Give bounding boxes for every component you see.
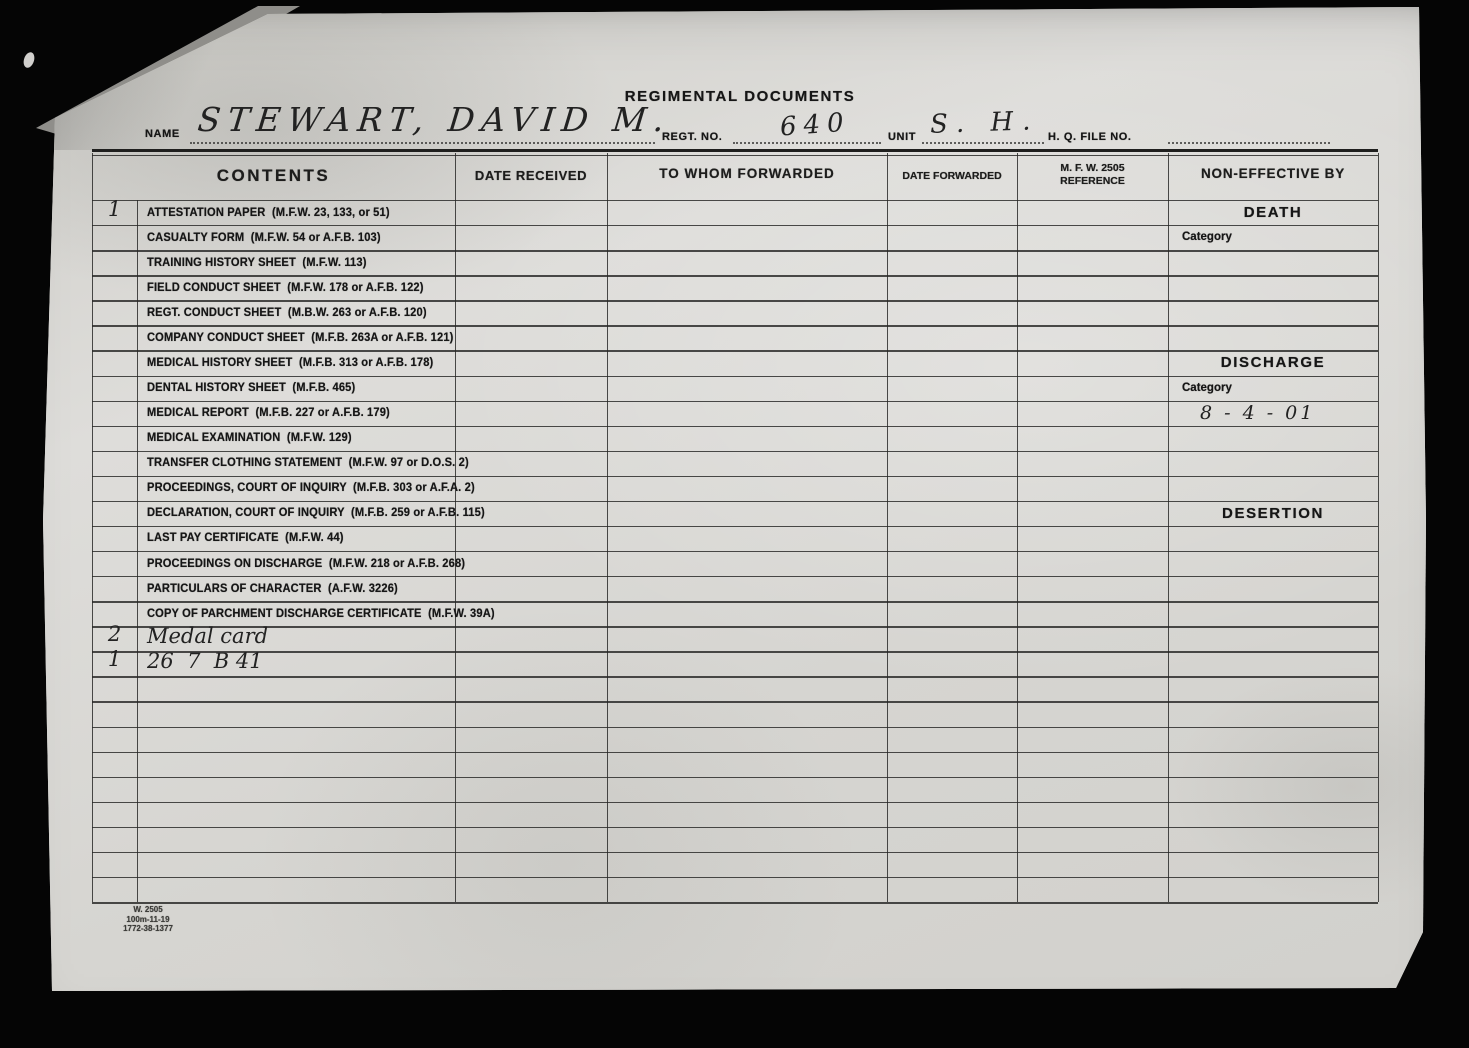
table-row-line (92, 601, 1378, 602)
row-margin-number: 1 (92, 197, 137, 221)
row-entry: MEDICAL EXAMINATION (M.F.W. 129) (147, 431, 352, 444)
non-effective-category-label: Category (1182, 231, 1232, 243)
row-entry: REGT. CONDUCT SHEET (M.B.W. 263 or A.F.B… (147, 306, 427, 319)
row-entry: FIELD CONDUCT SHEET (M.F.W. 178 or A.F.B… (147, 281, 424, 294)
table-row-line (92, 902, 1378, 904)
name-value-handwritten: STEWART, DAVID M. (196, 100, 660, 139)
non-effective-category-label: Category (1182, 382, 1232, 394)
row-entry: PARTICULARS OF CHARACTER (A.F.W. 3226) (147, 582, 398, 595)
form-print-code: W. 2505 100m-11-19 1772-38-1377 (98, 905, 198, 934)
table-row-line (92, 401, 1378, 402)
row-entry: ATTESTATION PAPER (M.F.W. 23, 133, or 51… (147, 206, 390, 219)
column-header-date-received: DATE RECEIVED (455, 168, 607, 183)
row-entry: LAST PAY CERTIFICATE (M.F.W. 44) (147, 531, 344, 544)
row-entry: DENTAL HISTORY SHEET (M.F.B. 465) (147, 381, 355, 394)
non-effective-heading: DISCHARGE (1168, 354, 1378, 371)
column-header-contents: CONTENTS (92, 166, 455, 186)
row-margin-number: 1 (92, 647, 137, 671)
row-entry: PROCEEDINGS ON DISCHARGE (M.F.W. 218 or … (147, 557, 465, 570)
document-page: REGIMENTAL DOCUMENTS NAME STEWART, DAVID… (0, 0, 1469, 1048)
mfw-reference-line1: M. F. W. 2505 (1017, 162, 1168, 175)
table-top-rule (92, 149, 1378, 152)
row-entry: TRAINING HISTORY SHEET (M.F.W. 113) (147, 256, 367, 269)
table-row-line (92, 526, 1378, 527)
row-entry: DECLARATION, COURT OF INQUIRY (M.F.B. 25… (147, 506, 485, 519)
table-row-line (92, 225, 1378, 226)
table-column-line (887, 153, 888, 902)
regt-no-value-handwritten: 640 (779, 108, 852, 143)
table-row-line (92, 852, 1378, 853)
unit-underline (922, 142, 1044, 144)
print-code-line1: W. 2505 (98, 905, 198, 915)
regt-no-label: REGT. NO. (662, 131, 722, 143)
unit-value-handwritten: S. H. (930, 106, 1040, 140)
row-entry: COPY OF PARCHMENT DISCHARGE CERTIFICATE … (147, 607, 495, 620)
table-row-line (92, 451, 1378, 452)
name-underline (190, 142, 655, 144)
table-row-line (92, 576, 1378, 577)
table-row-line (92, 250, 1378, 251)
table-row-line (92, 275, 1378, 276)
non-effective-heading: DEATH (1168, 204, 1378, 221)
table-column-line (92, 153, 93, 902)
table-row-line (92, 676, 1378, 677)
mfw-reference-line2: REFERENCE (1017, 175, 1168, 188)
column-header-date-forwarded: DATE FORWARDED (887, 170, 1017, 182)
table-row-line (92, 476, 1378, 477)
table-row-line (92, 827, 1378, 828)
table-row-line (92, 651, 1378, 652)
table-row-line (92, 376, 1378, 377)
row-entry-handwritten: 26 7 B 41 (147, 649, 263, 673)
table-column-line (1168, 153, 1169, 902)
table-column-line (1378, 153, 1379, 902)
print-code-line3: 1772-38-1377 (98, 924, 198, 934)
name-label: NAME (145, 128, 180, 140)
row-entry: MEDICAL REPORT (M.F.B. 227 or A.F.B. 179… (147, 406, 390, 419)
row-entry: PROCEEDINGS, COURT OF INQUIRY (M.F.B. 30… (147, 481, 475, 494)
scan-background: REGIMENTAL DOCUMENTS NAME STEWART, DAVID… (0, 0, 1469, 1048)
table-row-line (92, 777, 1378, 778)
column-header-non-effective-by: NON-EFFECTIVE BY (1168, 166, 1378, 181)
table-row-line (92, 551, 1378, 552)
row-entry: CASUALTY FORM (M.F.W. 54 or A.F.B. 103) (147, 231, 381, 244)
table-row-line (92, 626, 1378, 627)
table-column-line (607, 153, 608, 902)
hq-file-no-label: H. Q. FILE NO. (1048, 131, 1132, 143)
unit-label: UNIT (888, 131, 916, 143)
table-column-line (1017, 153, 1018, 902)
table-row-line (92, 727, 1378, 728)
table-column-line (455, 153, 456, 902)
regt-no-underline (733, 142, 881, 144)
table-row-line (92, 501, 1378, 502)
table-row-line (92, 701, 1378, 702)
table-row-line (92, 802, 1378, 803)
scan-speck (22, 51, 36, 69)
row-entry: COMPANY CONDUCT SHEET (M.F.B. 263A or A.… (147, 331, 454, 344)
table-row-line (92, 325, 1378, 326)
non-effective-date-handwritten: 8 - 4 - 01 (1200, 402, 1315, 424)
table-row-line (92, 350, 1378, 351)
table-row-line (92, 300, 1378, 301)
row-entry: MEDICAL HISTORY SHEET (M.F.B. 313 or A.F… (147, 356, 433, 369)
table-top-rule-2 (92, 155, 1378, 156)
table-row-line (92, 877, 1378, 878)
row-margin-number: 2 (92, 622, 137, 646)
print-code-line2: 100m-11-19 (98, 915, 198, 925)
row-entry-handwritten: Medal card (147, 624, 268, 648)
column-header-mfw-reference: M. F. W. 2505 REFERENCE (1017, 162, 1168, 188)
paper-edge-shadow (0, 0, 1469, 1048)
table-row-line (92, 426, 1378, 427)
non-effective-heading: DESERTION (1168, 505, 1378, 522)
column-header-to-whom-forwarded: TO WHOM FORWARDED (607, 166, 887, 181)
table-row-line (92, 200, 1378, 201)
table-row-line (92, 752, 1378, 753)
hq-file-no-underline (1168, 142, 1330, 144)
row-entry: TRANSFER CLOTHING STATEMENT (M.F.W. 97 o… (147, 456, 469, 469)
